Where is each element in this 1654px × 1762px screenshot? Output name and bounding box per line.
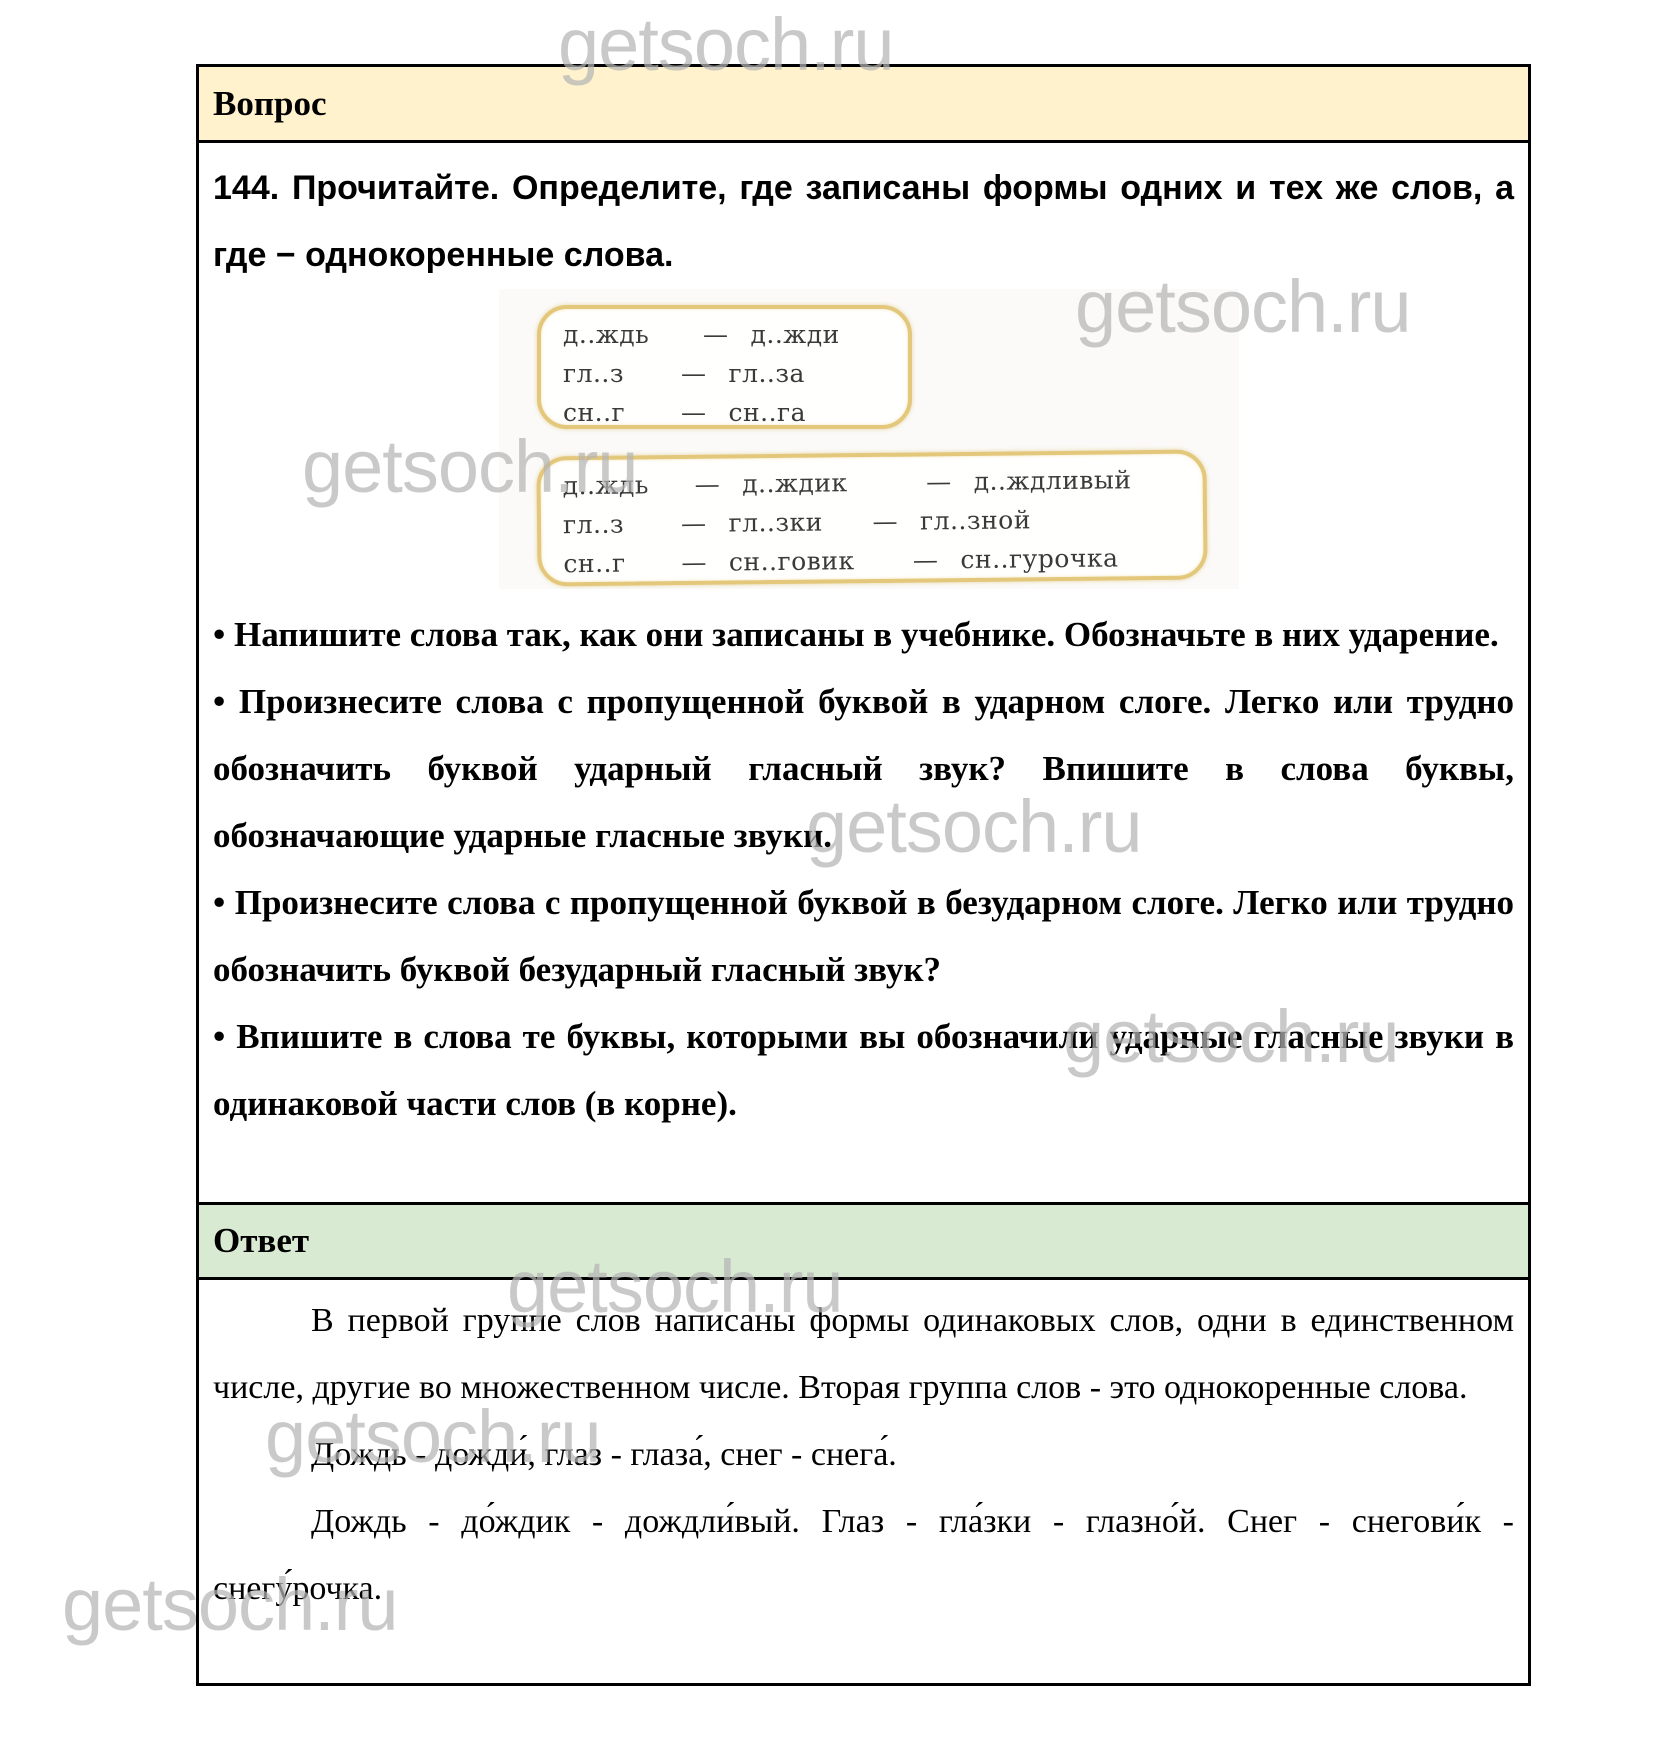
bullet-item: • Напишите слова так, как они записаны в…	[213, 601, 1514, 668]
related-words-box: д..ждь — д..ждик — д..ждливый гл..з — гл…	[536, 449, 1207, 586]
word-row: гл..з — гл..зки — гл..зной	[563, 499, 1203, 545]
answer-header: Ответ	[199, 1202, 1528, 1280]
qa-sheet: Вопрос 144. Прочитайте. Определите, где …	[196, 64, 1531, 1686]
textbook-image: д..ждь — д..жди гл..з — гл..за сн..г — с…	[499, 289, 1239, 589]
bullet-item: • Впишите в слова те буквы, которыми вы …	[213, 1003, 1514, 1137]
answer-header-label: Ответ	[213, 1221, 309, 1261]
question-title: 144. Прочитайте. Определите, где записан…	[213, 155, 1514, 289]
word-row: д..ждь — д..ждик — д..ждливый	[562, 460, 1202, 506]
word-row: гл..з — гл..за	[563, 354, 908, 393]
answer-paragraph: Дождь - дожди́, глаз - глаза́, снег - сн…	[213, 1421, 1514, 1488]
word-row: сн..г — сн..говик — сн..гурочка	[563, 538, 1203, 584]
word-forms-box: д..ждь — д..жди гл..з — гл..за сн..г — с…	[537, 305, 912, 429]
bullet-item: • Произнесите слова с пропущенной буквой…	[213, 668, 1514, 869]
question-header: Вопрос	[199, 67, 1528, 143]
word-row: сн..г — сн..га	[563, 393, 908, 432]
question-bullets: • Напишите слова так, как они записаны в…	[213, 601, 1514, 1137]
answer-paragraph: Дождь - до́ждик - дождли́вый. Глаз - гла…	[213, 1488, 1514, 1622]
answer-body: В первой группе слов написаны формы один…	[213, 1287, 1514, 1622]
answer-paragraph: В первой группе слов написаны формы один…	[213, 1287, 1514, 1421]
bullet-item: • Произнесите слова с пропущенной буквой…	[213, 869, 1514, 1003]
question-header-label: Вопрос	[213, 84, 327, 124]
word-row: д..ждь — д..жди	[563, 315, 908, 354]
